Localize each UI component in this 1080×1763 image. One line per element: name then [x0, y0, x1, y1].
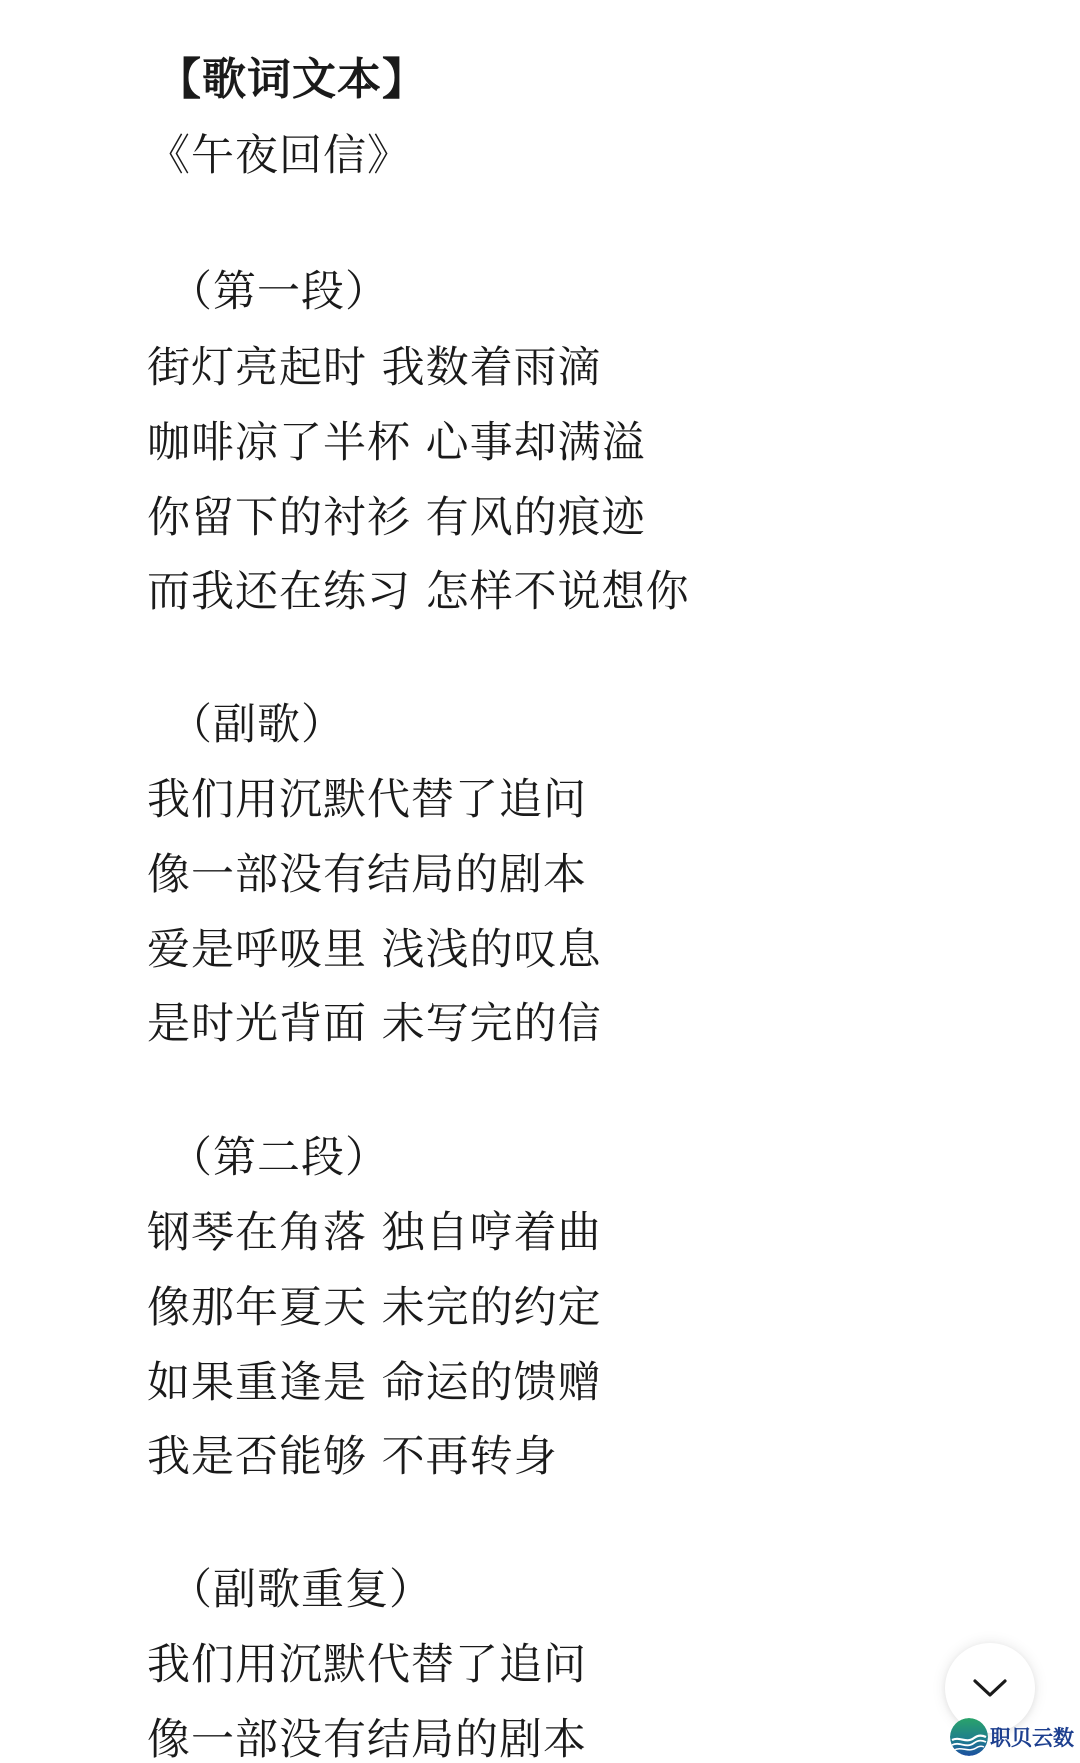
lyric-line: 如果重逢是 命运的馈赠: [147, 1355, 602, 1411]
lyric-line: 钢琴在角落 独自哼着曲: [147, 1205, 602, 1261]
watermark: 职贝云数: [950, 1718, 1074, 1756]
section-label-chorus: （副歌）: [169, 697, 345, 753]
lyric-line: 爱是呼吸里 浅浅的叹息: [147, 922, 602, 978]
section-label-chorus-repeat: （副歌重复）: [169, 1562, 433, 1618]
lyric-line: 而我还在练习 怎样不说想你: [147, 564, 690, 620]
section-label-verse-1: （第一段）: [169, 264, 389, 320]
lyric-line: 像一部没有结局的剧本: [147, 847, 587, 903]
lyrics-heading: 【歌词文本】: [157, 52, 427, 108]
watermark-text: 职贝云数: [990, 1722, 1074, 1752]
lyric-line: 像那年夏天 未完的约定: [147, 1280, 602, 1336]
lyric-line: 街灯亮起时 我数着雨滴: [147, 340, 602, 396]
lyric-line: 你留下的衬衫 有风的痕迹: [147, 490, 646, 546]
lyric-line: 像一部没有结局的剧本: [147, 1712, 587, 1763]
lyric-line: 我们用沉默代替了追问: [147, 1637, 587, 1693]
wave-globe-icon: [950, 1718, 988, 1756]
lyric-line: 是时光背面 未写完的信: [147, 996, 602, 1052]
lyric-line: 我是否能够 不再转身: [147, 1429, 558, 1485]
lyric-line: 我们用沉默代替了追问: [147, 772, 587, 828]
section-label-verse-2: （第二段）: [169, 1130, 389, 1186]
song-title: 《午夜回信》: [147, 128, 411, 184]
lyric-line: 咖啡凉了半杯 心事却满溢: [147, 415, 646, 471]
chevron-down-icon: [972, 1677, 1008, 1699]
